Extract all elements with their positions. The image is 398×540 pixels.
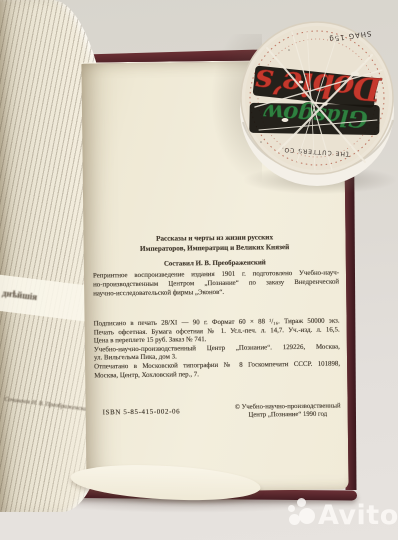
avito-watermark: Avito: [288, 496, 396, 536]
tobacco-tin: THE CUTTERS CO. Glasgow Dobie’s SHAG 15g: [237, 12, 398, 190]
avito-logo-dot: [288, 505, 295, 512]
isbn-copyright-row: ISBN 5-85-415-002-06 © Учебно-научно-про…: [95, 402, 341, 422]
avito-wordmark: Avito: [318, 496, 398, 536]
copyright-line2: Центр „Познание“ 1990 год: [235, 411, 341, 421]
imprint-block: Подписано в печать 28/XI — 90 г. Формат …: [94, 317, 341, 380]
photo-scene: днѣйшія Сочиненія И. В. Преображенскаго …: [0, 0, 398, 540]
book-title-line2: Императоров, Императриц и Великих Князей: [84, 242, 346, 255]
reprint-note: Репринтное воспроизведение издания 1901 …: [93, 269, 339, 298]
copyright-notice: © Учебно-научно-производственный Центр „…: [235, 402, 341, 420]
isbn-number: ISBN 5-85-415-002-06: [95, 404, 181, 416]
compiler-line: Составил И. В. Преображенский: [84, 258, 346, 268]
avito-logo-dot: [297, 498, 306, 507]
avito-logo-dot: [299, 508, 315, 524]
book-title: Рассказы и черты из жизни русских Импера…: [83, 232, 345, 254]
